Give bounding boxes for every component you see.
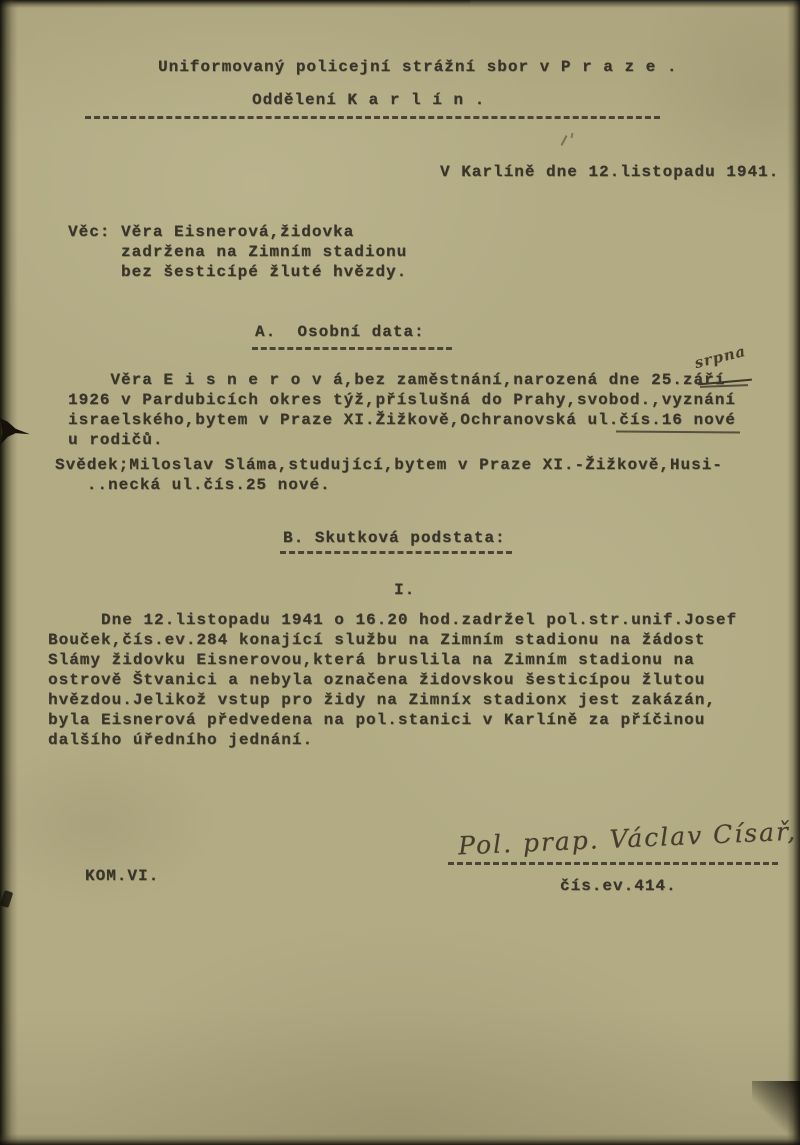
header-department: Oddělení K a r l í n . <box>252 90 485 110</box>
section-a-heading: A. Osobní data: <box>255 322 425 342</box>
scan-edge-left <box>0 0 18 1145</box>
scan-edge-top <box>0 0 800 8</box>
scanned-document-page: { "document": { "header": { "org_line": … <box>0 0 800 1145</box>
witness-block: Svědek;Miloslav Sláma,studující,bytem v … <box>55 455 723 495</box>
badge-number: čís.ev.414. <box>560 876 677 896</box>
header-organization: Uniformovaný policejní strážní sbor v P … <box>158 57 677 77</box>
dateline: V Karlíně dne 12.listopadu 1941. <box>440 162 779 182</box>
kom-reference: KOM.VI. <box>85 866 159 886</box>
header-divider <box>85 116 660 119</box>
scan-edge-right <box>787 0 800 1145</box>
signature-underline <box>448 862 778 865</box>
section-a-body: Věra E i s n e r o v á,bez zaměstnání,na… <box>68 370 736 450</box>
section-a-underline <box>252 347 452 350</box>
scan-corner-bottom-right <box>752 1081 800 1145</box>
section-b-numeral: I. <box>394 580 415 600</box>
section-b-heading: B. Skutková podstata: <box>283 528 506 548</box>
section-b-underline <box>280 551 512 554</box>
section-b-body: Dne 12.listopadu 1941 o 16.20 hod.zadrže… <box>48 610 737 750</box>
subject-block: Věc: Věra Eisnerová,židovka zadržena na … <box>68 222 407 282</box>
scan-edge-bottom <box>0 1134 800 1145</box>
